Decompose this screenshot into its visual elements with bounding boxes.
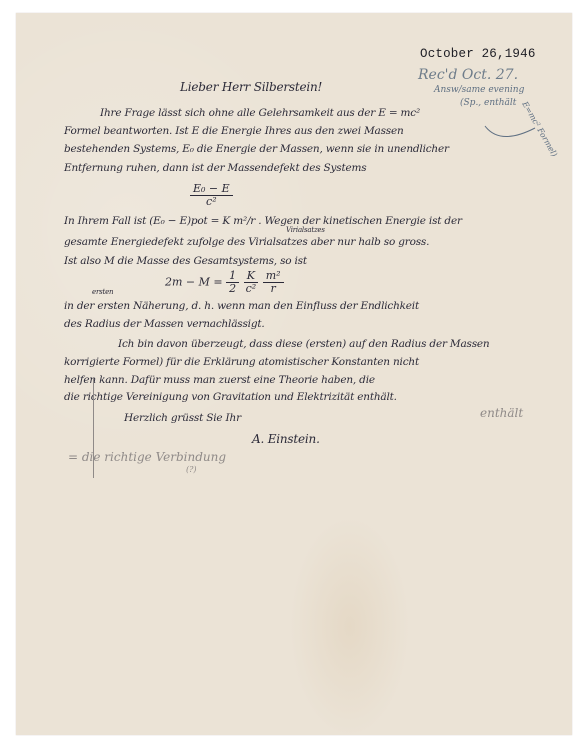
pencil-note-enthalt: enthält xyxy=(480,406,523,420)
body-line-7: Ist also M die Masse des Gesamtsystems, … xyxy=(64,255,307,267)
body-line-6: gesamte Energiedefekt zufolge des Virial… xyxy=(64,236,429,248)
formula-total-mass: 2m − M = 1 2 K c² m² r xyxy=(165,270,284,295)
body-line-1: Ihre Frage lässt sich ohne alle Gelehrsa… xyxy=(100,107,420,119)
formula-mass-defect: E₀ − E c² xyxy=(190,183,233,208)
insertion-ersten: ersten xyxy=(92,288,113,296)
body-line-12: helfen kann. Dafür muss man zuerst eine … xyxy=(64,374,375,386)
body-line-11: korrigierte Formel) für die Erklärung at… xyxy=(64,356,419,368)
salutation: Lieber Herr Silberstein! xyxy=(180,80,322,94)
closing-greeting: Herzlich grüsst Sie Ihr xyxy=(124,412,241,424)
pencil-note-bottom: = die richtige Verbindung xyxy=(68,450,226,464)
body-line-10: Ich bin davon überzeugt, dass diese (ers… xyxy=(118,338,489,350)
formula-2-lhs: 2m − M = xyxy=(165,276,223,289)
formula-2-m-den: r xyxy=(267,283,278,295)
body-line-8: in der ersten Näherung, d. h. wenn man d… xyxy=(64,300,419,312)
annotation-curve xyxy=(480,118,540,148)
answer-note-line2: (Sp., enthält xyxy=(460,98,516,108)
body-line-3: bestehenden Systems, E₀ die Energie der … xyxy=(64,143,449,155)
formula-2-coef-den: 2 xyxy=(226,283,239,295)
insertion-virialsatzes: Virialsatzes xyxy=(286,226,325,234)
body-line-13: die richtige Vereinigung von Gravitation… xyxy=(64,391,397,403)
body-line-4: Entfernung ruhen, dann ist der Massendef… xyxy=(64,162,366,174)
body-line-9: des Radius der Massen vernachlässigt. xyxy=(64,318,265,330)
formula-1-denominator: c² xyxy=(203,196,220,208)
signature: A. Einstein. xyxy=(252,432,320,446)
formula-2-k-den: c² xyxy=(243,283,260,295)
body-line-2: Formel beantworten. Ist E die Energie Ih… xyxy=(64,125,404,137)
letter-date: October 26,1946 xyxy=(420,47,536,61)
received-note: Rec'd Oct. 27. xyxy=(418,67,518,83)
pencil-note-question: (?) xyxy=(186,465,197,474)
body-line-5: In Ihrem Fall ist (E₀ − E)pot = K m²/r .… xyxy=(64,215,462,227)
answer-note-line1: Answ/same evening xyxy=(434,85,524,95)
